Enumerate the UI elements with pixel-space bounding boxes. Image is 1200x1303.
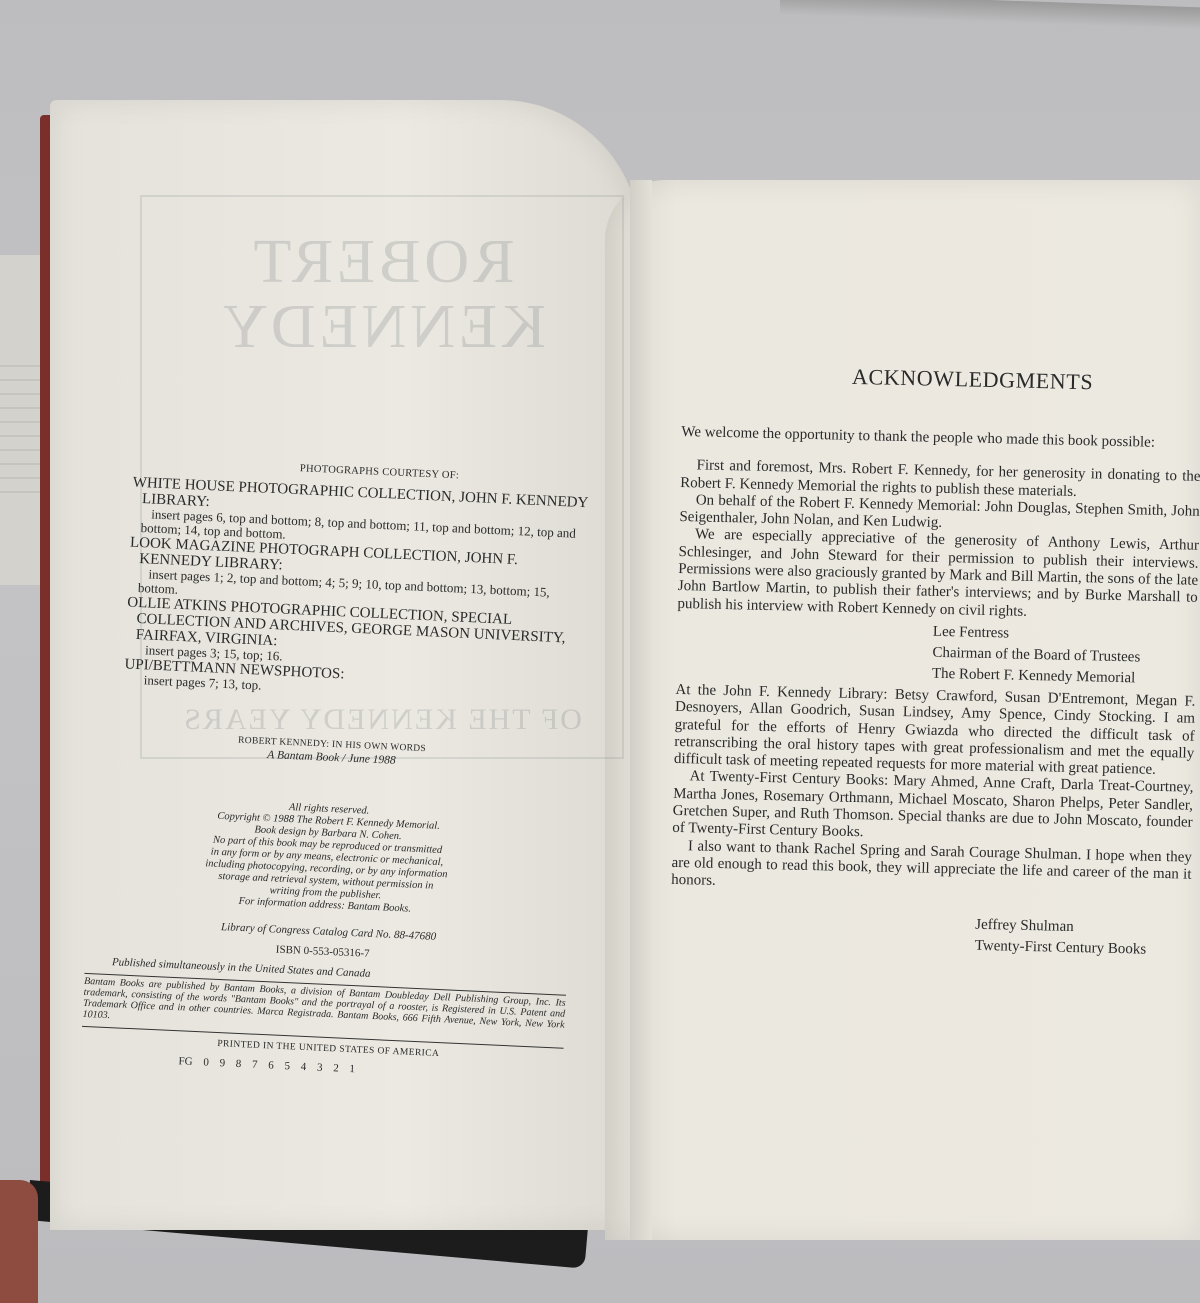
ghost-title-line: ROBERT [142, 227, 622, 298]
background-shadow [780, 0, 1200, 29]
trademark-notice: Bantam Books are published by Bantam Boo… [82, 976, 565, 1042]
paragraph: We are especially appreciative of the ge… [677, 526, 1199, 624]
paragraph: At Twenty-First Century Books: Mary Ahme… [672, 768, 1193, 849]
paragraph: At the John F. Kennedy Library: Betsy Cr… [674, 682, 1196, 780]
hand-thumb [0, 1180, 38, 1303]
signature-block: Lee Fentress Chairman of the Board of Tr… [676, 616, 1197, 691]
paragraph: We welcome the opportunity to thank the … [681, 424, 1200, 453]
title-block: ROBERT KENNEDY: IN HIS OWN WORDS A Banta… [106, 730, 577, 775]
ghost-title-line: KENNEDY [142, 292, 622, 363]
book-gutter [630, 180, 652, 1240]
acknowledgments-page: ACKNOWLEDGMENTS We welcome the opportuni… [670, 360, 1200, 961]
paragraph: I also want to thank Rachel Spring and S… [671, 838, 1192, 902]
rights-notice: All rights reserved. Copyright © 1988 Th… [100, 794, 574, 923]
copyright-page: PHOTOGRAPHS COURTESY OF: WHITE HOUSE PHO… [92, 455, 589, 1085]
